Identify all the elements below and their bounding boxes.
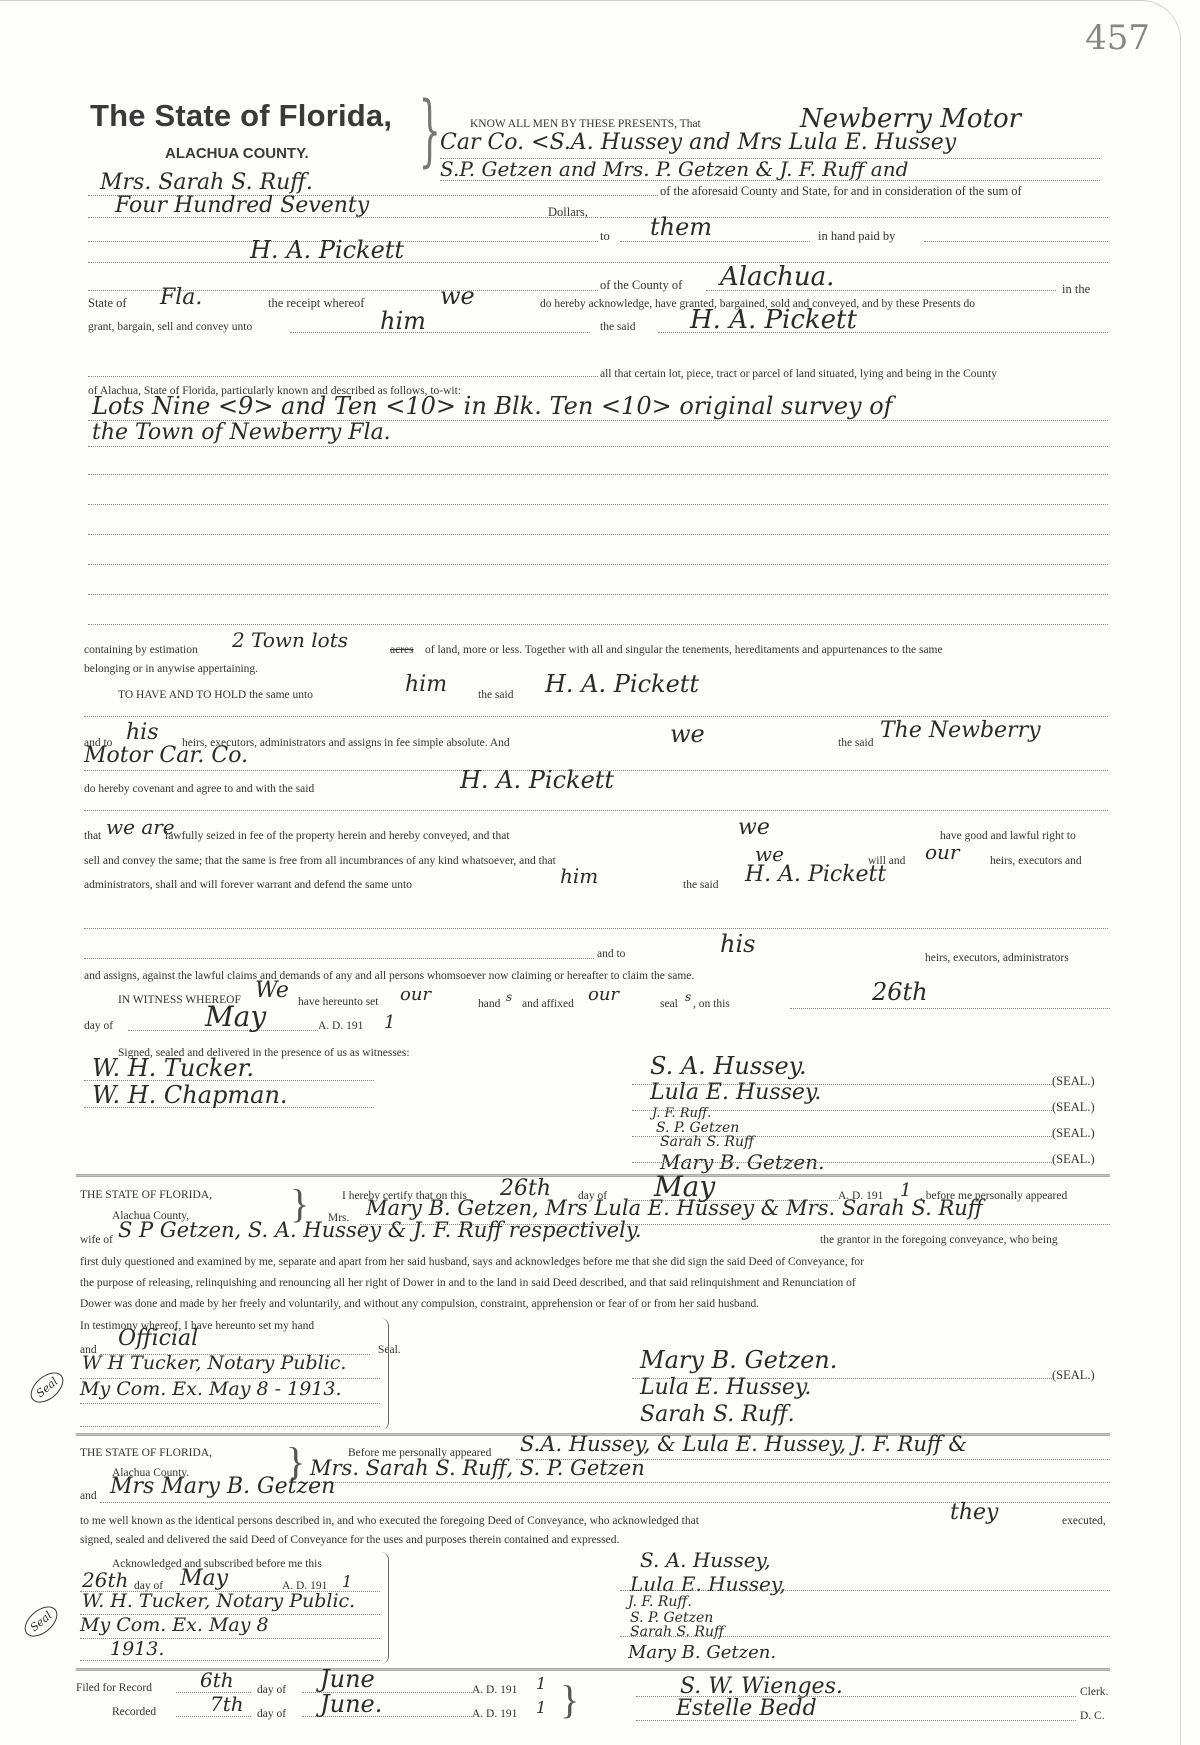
section-divider: [76, 1174, 1110, 1177]
receipt-party: we: [440, 282, 475, 310]
ad-label: A. D. 191: [318, 1020, 363, 1032]
persons-line-1: S.A. Hussey, & Lula E. Hussey, J. F. Ruf…: [520, 1432, 967, 1456]
rule-dotted: [80, 1403, 380, 1404]
rule-dotted: [80, 1426, 380, 1427]
dower-signature-2: Lula E. Hussey.: [640, 1375, 811, 1400]
on-this-label: , on this: [693, 998, 730, 1010]
company-name-1: The Newberry: [880, 718, 1041, 743]
habendum-label: TO HAVE AND TO HOLD the same unto: [118, 689, 313, 701]
admin-text: administrators, shall and will forever w…: [84, 879, 412, 891]
affixed-label: and affixed: [522, 998, 574, 1010]
hereunto-party: our: [400, 984, 431, 1005]
state-name: Fla.: [160, 285, 202, 310]
seal-suffix: s: [685, 990, 691, 1004]
payee-name: H. A. Pickett: [250, 236, 404, 264]
state-title: The State of Florida,: [90, 98, 392, 134]
notary-line-1: W H Tucker, Notary Public.: [82, 1352, 346, 1374]
grantor-text: the grantor in the foregoing conveyance,…: [820, 1234, 1058, 1246]
and-to2-party: his: [720, 930, 755, 958]
ack-day: 26th: [82, 1568, 128, 1592]
deputy-clerk-signature: Estelle Bedd: [676, 1696, 817, 1721]
signature-5: Sarah S. Ruff: [660, 1134, 754, 1150]
rule-dotted: [620, 241, 810, 242]
dower-body-3: Dower was done and made by her freely an…: [80, 1298, 759, 1310]
all-that-text: all that certain lot, piece, tract or pa…: [600, 368, 997, 380]
ack-month: May: [180, 1566, 228, 1591]
assigns-text: and assigns, against the lawful claims a…: [84, 970, 694, 982]
ack-signature-1: S. A. Hussey,: [640, 1548, 771, 1572]
rule-dotted: [88, 446, 1108, 447]
known-text: to me well known as the identical person…: [80, 1515, 699, 1527]
signature-1: S. A. Hussey.: [650, 1052, 807, 1080]
acres-struck: acres: [390, 644, 414, 656]
paid-by-label: in hand paid by: [818, 229, 895, 244]
rule-dotted: [88, 624, 1108, 625]
company-name-2: Motor Car. Co.: [84, 743, 248, 768]
ack-notary-brace: [380, 1552, 389, 1664]
executed-label: executed,: [1062, 1515, 1106, 1527]
ack-and-label: and: [80, 1490, 97, 1502]
rule-dotted: [84, 928, 1108, 929]
signature-3: J. F. Ruff.: [652, 1106, 711, 1121]
ack-and-party: Mrs Mary B. Getzen: [110, 1474, 335, 1499]
deputy-clerk-label: D. C.: [1080, 1710, 1105, 1722]
notary-brace: [380, 1318, 389, 1430]
rule-dotted: [88, 474, 1108, 475]
grantor-line-4: Mrs. Sarah S. Ruff.: [100, 170, 313, 195]
rule-dotted: [632, 1162, 1052, 1163]
grant-text: grant, bargain, sell and convey unto: [88, 321, 252, 333]
the-said-label: the said: [600, 321, 635, 333]
to-them: them: [650, 213, 712, 241]
habendum-grantee: H. A. Pickett: [545, 670, 699, 698]
rule-dotted: [88, 594, 1108, 595]
ack-notary-line-3: 1913.: [110, 1638, 164, 1660]
and-party: we: [670, 720, 705, 748]
covenant-party: H. A. Pickett: [460, 766, 614, 794]
and-to2-label: and to: [597, 948, 625, 960]
company-said-label: the said: [838, 737, 873, 749]
dower-state: THE STATE OF FLORIDA,: [80, 1189, 212, 1201]
witness-signature-2: W. H. Chapman.: [92, 1081, 288, 1109]
husbands-names: S P Getzen, S. A. Hussey & J. F. Ruff re…: [118, 1218, 642, 1242]
land-description-line-2: the Town of Newberry Fla.: [92, 420, 391, 445]
heirs-exec2-text: heirs, executors, administrators: [925, 952, 1069, 964]
deed-page: 457 The State of Florida, ALACHUA COUNTY…: [0, 0, 1200, 1745]
ack-notary-line-2: My Com. Ex. May 8: [80, 1614, 269, 1636]
filed-day-of-label: day of: [257, 1684, 286, 1696]
that-label: that: [84, 830, 101, 842]
ack-notary-line-1: W. H. Tucker, Notary Public.: [82, 1590, 355, 1612]
filed-label: Filed for Record: [76, 1682, 152, 1694]
dower-body-2: the purpose of releasing, relinquishing …: [80, 1277, 856, 1289]
recorded-year-suffix: 1: [536, 1698, 546, 1717]
execution-year-suffix: 1: [384, 1012, 395, 1033]
filed-day: 6th: [200, 1668, 234, 1692]
recorded-month: June.: [320, 1690, 382, 1718]
clerk-label: Clerk.: [1080, 1686, 1108, 1698]
hereunto-label: have hereunto set: [298, 996, 378, 1008]
record-brace: }: [560, 1676, 579, 1723]
header-brace: }: [419, 92, 441, 170]
dower-signature-1: Mary B. Getzen.: [640, 1346, 837, 1374]
state-of-label: State of: [88, 296, 127, 311]
land-description-line-1: Lots Nine <9> and Ten <10> in Blk. Ten <…: [92, 392, 893, 420]
recorded-ad-label: A. D. 191: [472, 1708, 517, 1720]
belonging-text: belonging or in anywise appertaining.: [84, 663, 258, 675]
dollars-label: Dollars,: [548, 205, 588, 220]
rule-dotted: [790, 1008, 1110, 1009]
rule-dotted: [88, 504, 1108, 505]
rule-dotted: [80, 1660, 380, 1661]
dower-body-1: first duly questioned and examined by me…: [80, 1256, 864, 1268]
grant-party: him: [380, 307, 426, 335]
rule-dotted: [306, 1482, 1110, 1483]
grantee-name: H. A. Pickett: [690, 305, 857, 335]
covenant-text: do hereby covenant and agree to and with…: [84, 783, 314, 795]
rule-dotted: [620, 1636, 1110, 1637]
and-to-party: his: [126, 720, 159, 745]
filed-month: June: [320, 1665, 375, 1693]
containing-label: containing by estimation: [84, 644, 198, 656]
known-party: they: [950, 1500, 998, 1525]
ack-signature-3: J. F. Ruff.: [628, 1594, 692, 1610]
containing-amount: 2 Town lots: [232, 628, 348, 652]
rule-dotted: [88, 534, 1108, 535]
county-name: Alachua.: [720, 262, 834, 292]
rule-dotted: [84, 716, 1108, 717]
rule-dotted: [88, 564, 1108, 565]
page-number: 457: [1085, 18, 1150, 58]
grantor-line-2: Car Co. <S.A. Hussey and Mrs Lula E. Hus…: [440, 130, 956, 155]
county-heading: ALACHUA COUNTY.: [165, 145, 309, 162]
ack-signature-6: Mary B. Getzen.: [628, 1642, 776, 1663]
witness-signature-1: W. H. Tucker.: [92, 1054, 254, 1082]
right-text: have good and lawful right to: [940, 830, 1076, 842]
sum-amount: Four Hundred Seventy: [115, 193, 369, 218]
official-text: Official: [118, 1326, 198, 1351]
day-of-label: day of: [84, 1020, 113, 1032]
recorded-label: Recorded: [112, 1706, 156, 1718]
seal-label: seal: [660, 998, 678, 1010]
seized-party: we: [738, 815, 770, 840]
rule-dotted: [84, 958, 594, 959]
admin-party: him: [560, 864, 598, 888]
habendum-party: him: [405, 672, 447, 697]
recorded-day-of-label: day of: [257, 1708, 286, 1720]
habendum-said-label: the said: [478, 689, 513, 701]
receipt-label: the receipt whereof: [268, 296, 364, 311]
rule-dotted: [620, 1590, 1110, 1591]
rule-dotted: [176, 1716, 251, 1717]
of-county-label: of the County of: [600, 278, 682, 293]
hand-suffix: s: [506, 990, 512, 1004]
of-county-state-text: of the aforesaid County and State, for a…: [660, 184, 1022, 199]
persons-line-2: Mrs. Sarah S. Ruff, S. P. Getzen: [310, 1456, 645, 1480]
to-label: to: [600, 229, 610, 244]
hand-label: hand: [478, 998, 500, 1010]
admin-grantee: H. A. Pickett: [745, 862, 886, 887]
ack-signed-text: signed, sealed and delivered the said De…: [80, 1534, 619, 1546]
signature-2: Lula E. Hussey.: [650, 1080, 821, 1105]
admin-said-label: the said: [683, 879, 718, 891]
ack-signature-2: Lula E. Hussey,: [630, 1572, 786, 1596]
preamble-text: KNOW ALL MEN BY THESE PRESENTS, That: [470, 118, 701, 130]
seal-mark-3: (SEAL.): [1052, 1126, 1095, 1141]
rule-dotted: [924, 241, 1108, 242]
rule-dotted: [290, 332, 590, 333]
affixed-party: our: [588, 984, 619, 1005]
seized-text: lawfully seized in fee of the property h…: [165, 830, 510, 842]
ack-state: THE STATE OF FLORIDA,: [80, 1447, 212, 1459]
seal-mark-1: (SEAL.): [1052, 1074, 1095, 1089]
in-the-label: in the: [1062, 282, 1090, 297]
sell-text: sell and convey the same; that the same …: [84, 855, 556, 867]
seal-mark-2: (SEAL.): [1052, 1100, 1095, 1115]
heirs-exec-text: heirs, executors and: [990, 855, 1082, 867]
rule-dotted: [84, 810, 1108, 811]
dower-seal-mark: (SEAL.): [1052, 1368, 1095, 1383]
rule-dotted: [88, 376, 598, 377]
recorded-day: 7th: [210, 1692, 244, 1716]
filed-ad-label: A. D. 191: [472, 1684, 517, 1696]
execution-day: 26th: [872, 978, 928, 1006]
of-land-text: of land, more or less. Together with all…: [425, 644, 943, 656]
dower-signature-3: Sarah S. Ruff.: [640, 1402, 795, 1427]
execution-month: May: [205, 1000, 266, 1033]
ack-year-suffix: 1: [342, 1572, 352, 1591]
wife-of-label: wife of: [80, 1234, 113, 1246]
notary-line-2: My Com. Ex. May 8 - 1913.: [80, 1378, 342, 1400]
filed-year-suffix: 1: [536, 1674, 546, 1693]
wives-names: Mary B. Getzen, Mrs Lula E. Hussey & Mrs…: [366, 1196, 983, 1220]
rule-dotted: [636, 1720, 1076, 1721]
will-and-party: our: [925, 840, 959, 864]
grantor-line-3: S.P. Getzen and Mrs. P. Getzen & J. F. R…: [440, 157, 908, 181]
ack-signature-5: Sarah S. Ruff: [630, 1624, 724, 1640]
rule-dotted: [88, 262, 1108, 263]
seal-mark-4: (SEAL.): [1052, 1152, 1095, 1167]
